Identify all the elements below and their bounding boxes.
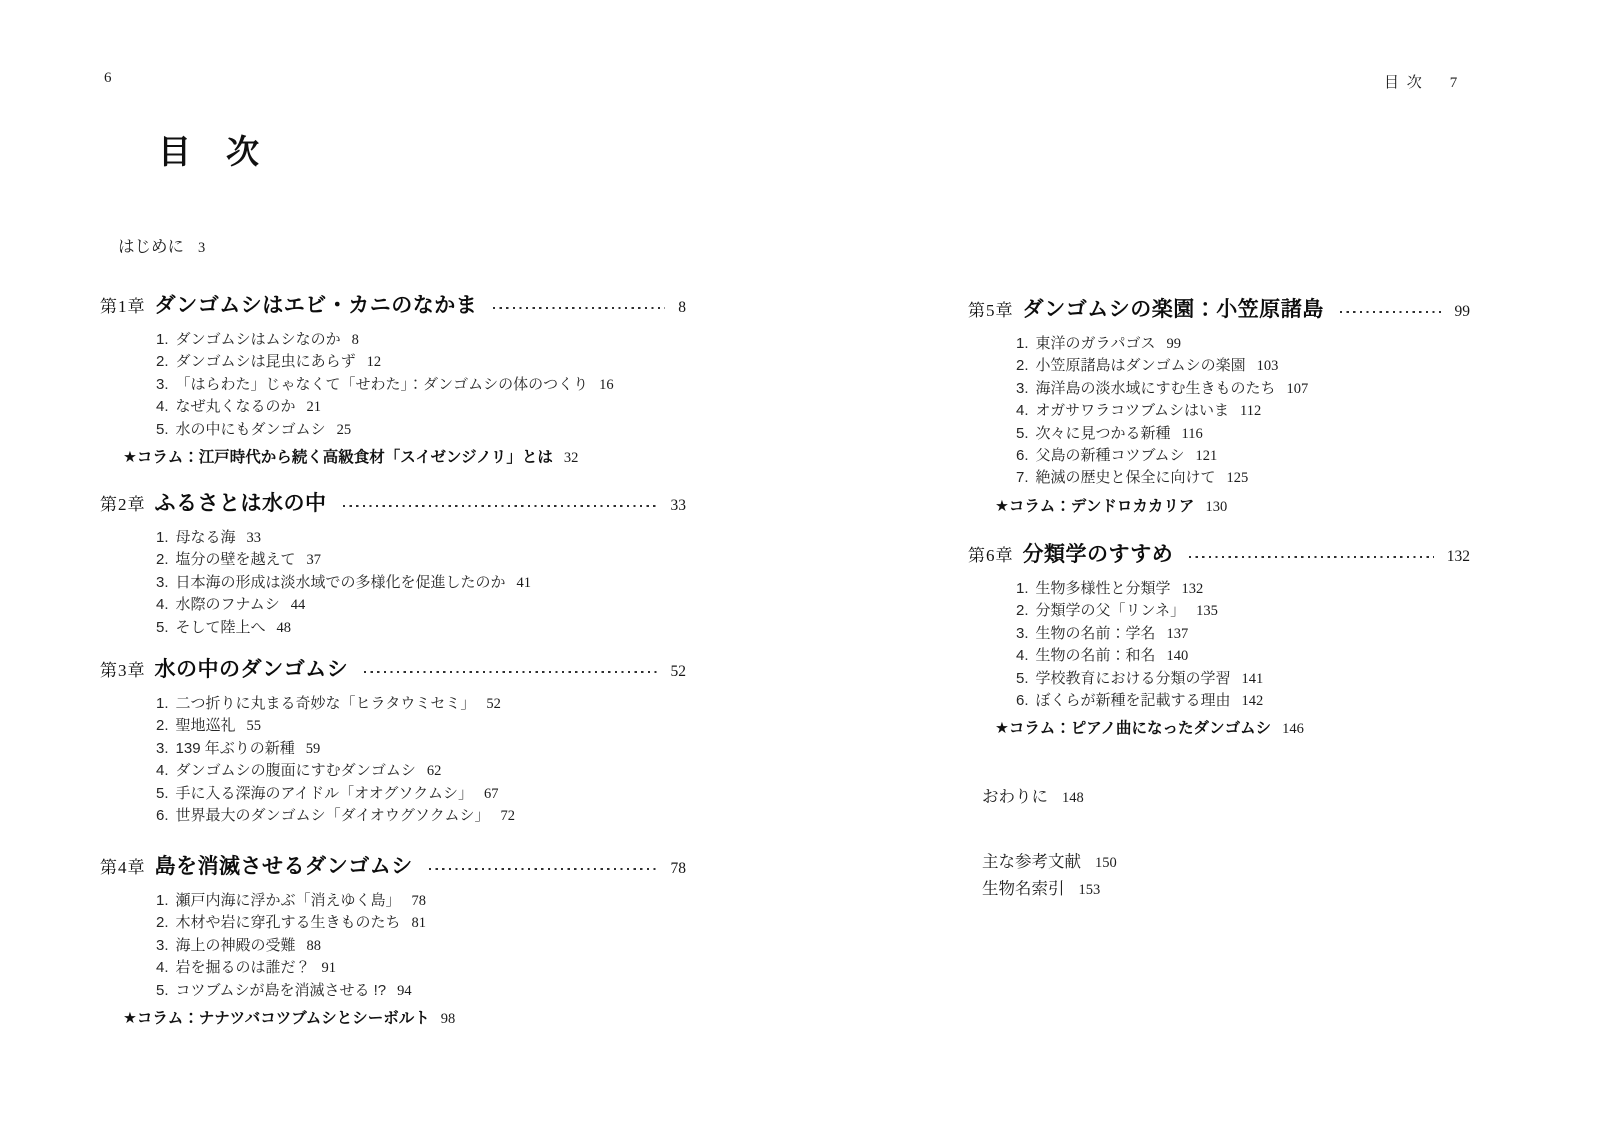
item-number: 1. (156, 331, 169, 348)
item-title: 木材や岩に穿孔する生きものたち (176, 914, 401, 931)
item-title: 母なる海 (176, 529, 236, 546)
item-title: オガサワラコツブムシはいま (1036, 402, 1230, 419)
item-number: 2. (156, 914, 169, 931)
chapter-2: 第2章 ふるさとは水の中 33 1.母なる海33 2.塩分の壁を越えて37 3.… (100, 489, 686, 639)
chapter-item-list: 1.ダンゴムシはムシなのか8 2.ダンゴムシは昆虫にあらず12 3.「はらわた」… (156, 329, 686, 441)
item-page-number: 37 (307, 552, 322, 568)
toc-item: 3.生物の名前：学名137 (1016, 623, 1470, 645)
running-head: 目 次 7 (1384, 71, 1457, 92)
dot-leader (1340, 311, 1442, 313)
item-title: 海上の神殿の受難 (176, 937, 296, 954)
item-title: 海洋島の淡水域にすむ生きものたち (1036, 380, 1276, 397)
item-title: 水際のフナムシ (176, 596, 280, 613)
item-page-number: 8 (352, 332, 359, 348)
item-title: 岩を掘るのは誰だ？ (176, 959, 311, 976)
back-matter-label: おわりに (982, 788, 1048, 806)
item-page-number: 88 (307, 938, 322, 954)
item-number: 6. (1016, 447, 1029, 464)
toc-item: 1.生物多様性と分類学132 (1016, 578, 1470, 600)
dot-leader (343, 505, 658, 507)
chapter-page-number: 33 (671, 491, 687, 521)
item-title: 「はらわた」じゃなくて「せわた」：ダンゴムシの体のつくり (176, 376, 589, 393)
item-number: 3. (156, 574, 169, 591)
toc-item: 5.次々に見つかる新種116 (1016, 423, 1470, 445)
item-page-number: 41 (517, 575, 532, 591)
chapter-title: 分類学のすすめ (1023, 540, 1174, 570)
item-number: 1. (156, 695, 169, 712)
toc-item: 4.なぜ丸くなるのか21 (156, 396, 686, 418)
column-label: ★コラム：ナナツバコツブムシとシーボルト (123, 1010, 430, 1027)
item-title: 学校教育における分類の学習 (1036, 670, 1231, 687)
front-matter-page-number: 3 (198, 240, 205, 256)
column-label: ★コラム：デンドロカカリア (995, 498, 1194, 515)
chapter-label: 第2章 (100, 490, 146, 520)
chapter-label: 第3章 (100, 656, 146, 686)
item-page-number: 67 (484, 786, 499, 802)
chapter-item-list: 1.母なる海33 2.塩分の壁を越えて37 3.日本海の形成は淡水域での多様化を… (156, 527, 686, 639)
item-title: 絶滅の歴史と保全に向けて (1036, 469, 1216, 486)
item-number: 2. (156, 551, 169, 568)
item-title: 小笠原諸島はダンゴムシの楽園 (1036, 357, 1246, 374)
left-page-number: 6 (104, 70, 112, 87)
column-page-number: 32 (564, 450, 579, 466)
item-title: 分類学の父「リンネ」 (1036, 602, 1186, 619)
back-matter-references: 主な参考文献150 (982, 848, 1117, 872)
dot-leader (1189, 556, 1434, 558)
item-title: なぜ丸くなるのか (176, 398, 296, 415)
item-title: 次々に見つかる新種 (1036, 425, 1171, 442)
toc-item: 5.コツブムシが島を消滅させる !?94 (156, 980, 686, 1002)
item-title: 生物の名前：学名 (1036, 625, 1156, 642)
front-matter-label: はじめに (118, 238, 184, 256)
item-number: 2. (1016, 602, 1029, 619)
item-number: 1. (1016, 580, 1029, 597)
item-page-number: 44 (291, 597, 306, 613)
chapter-heading: 第6章 分類学のすすめ 132 (968, 540, 1470, 570)
item-page-number: 16 (599, 377, 614, 393)
toc-item: 5.水の中にもダンゴムシ25 (156, 419, 686, 441)
item-number: 5. (1016, 425, 1029, 442)
item-title: 父島の新種コツブムシ (1036, 447, 1185, 464)
item-title: 水の中にもダンゴムシ (176, 421, 326, 438)
column-label: ★コラム：ピアノ曲になったダンゴムシ (995, 720, 1271, 737)
item-page-number: 135 (1196, 603, 1218, 619)
chapter-page-number: 8 (678, 293, 686, 323)
item-number: 6. (1016, 692, 1029, 709)
item-page-number: 112 (1240, 403, 1261, 419)
chapter-label: 第4章 (100, 853, 146, 883)
item-title: 聖地巡礼 (176, 717, 236, 734)
item-number: 1. (1016, 335, 1029, 352)
chapter-label: 第6章 (968, 541, 1014, 571)
column-note: ★コラム：江戸時代から続く高級食材「スイゼンジノリ」とは32 (123, 446, 686, 470)
back-matter-page-number: 153 (1079, 882, 1101, 898)
item-title: 生物多様性と分類学 (1036, 580, 1171, 597)
back-matter-label: 主な参考文献 (982, 853, 1081, 871)
item-page-number: 132 (1182, 581, 1204, 597)
item-page-number: 33 (247, 530, 262, 546)
chapter-item-list: 1.瀬戸内海に浮かぶ「消えゆく島」78 2.木材や岩に穿孔する生きものたち81 … (156, 890, 686, 1002)
item-title: 手に入る深海のアイドル「オオグソクムシ」 (176, 785, 473, 802)
toc-spread: 6 目 次 はじめに3 第1章 ダンゴムシはエビ・カニのなかま 8 1.ダンゴム… (0, 0, 1600, 1135)
item-page-number: 141 (1242, 671, 1264, 687)
item-page-number: 125 (1227, 470, 1249, 486)
toc-item: 3.「はらわた」じゃなくて「せわた」：ダンゴムシの体のつくり16 (156, 374, 686, 396)
item-page-number: 94 (397, 983, 412, 999)
chapter-label: 第5章 (968, 296, 1014, 326)
item-number: 5. (156, 982, 169, 999)
toc-item: 6.世界最大のダンゴムシ「ダイオウグソクムシ」72 (156, 805, 686, 827)
column-note: ★コラム：ピアノ曲になったダンゴムシ146 (995, 717, 1470, 741)
item-title: ダンゴムシはムシなのか (176, 331, 341, 348)
item-number: 5. (156, 785, 169, 802)
front-matter-entry: はじめに3 (118, 233, 205, 257)
item-page-number: 21 (307, 399, 322, 415)
item-number: 1. (156, 892, 169, 909)
item-title: 塩分の壁を越えて (176, 551, 296, 568)
back-matter-page-number: 148 (1062, 790, 1084, 806)
right-page-number: 7 (1450, 75, 1458, 92)
toc-item: 3.139 年ぶりの新種59 (156, 738, 686, 760)
item-title: 世界最大のダンゴムシ「ダイオウグソクムシ」 (176, 807, 490, 824)
chapter-title: ダンゴムシの楽園：小笠原諸島 (1023, 295, 1324, 325)
item-page-number: 52 (486, 696, 501, 712)
item-number: 2. (1016, 357, 1029, 374)
item-page-number: 55 (247, 718, 262, 734)
item-page-number: 25 (337, 422, 352, 438)
item-page-number: 59 (306, 741, 321, 757)
toc-item: 4.オガサワラコツブムシはいま112 (1016, 400, 1470, 422)
toc-title: 目 次 (158, 126, 260, 173)
chapter-item-list: 1.生物多様性と分類学132 2.分類学の父「リンネ」135 3.生物の名前：学… (1016, 578, 1470, 712)
dot-leader (364, 671, 657, 673)
chapter-4: 第4章 島を消滅させるダンゴムシ 78 1.瀬戸内海に浮かぶ「消えゆく島」78 … (100, 852, 686, 1031)
chapter-page-number: 132 (1447, 542, 1470, 572)
chapter-title: 島を消滅させるダンゴムシ (155, 852, 413, 882)
chapter-heading: 第1章 ダンゴムシはエビ・カニのなかま 8 (100, 291, 686, 321)
back-matter-label: 生物名索引 (982, 880, 1065, 898)
item-number: 4. (156, 959, 169, 976)
item-page-number: 107 (1287, 381, 1309, 397)
item-number: 2. (156, 717, 169, 734)
item-number: 3. (156, 937, 169, 954)
item-page-number: 137 (1167, 626, 1189, 642)
item-page-number: 99 (1167, 336, 1182, 352)
item-title: ぼくらが新種を記載する理由 (1036, 692, 1231, 709)
toc-item: 1.東洋のガラパゴス99 (1016, 333, 1470, 355)
toc-item: 1.二つ折りに丸まる奇妙な「ヒラタウミセミ」52 (156, 693, 686, 715)
chapter-item-list: 1.二つ折りに丸まる奇妙な「ヒラタウミセミ」52 2.聖地巡礼55 3.139 … (156, 693, 686, 827)
chapter-heading: 第4章 島を消滅させるダンゴムシ 78 (100, 852, 686, 882)
item-number: 4. (156, 398, 169, 415)
item-title: コツブムシが島を消滅させる !? (176, 982, 387, 999)
column-page-number: 130 (1205, 499, 1227, 515)
item-title: 139 年ぶりの新種 (176, 740, 295, 757)
item-page-number: 142 (1242, 693, 1264, 709)
toc-item: 5.学校教育における分類の学習141 (1016, 668, 1470, 690)
chapter-item-list: 1.東洋のガラパゴス99 2.小笠原諸島はダンゴムシの楽園103 3.海洋島の淡… (1016, 333, 1470, 490)
chapter-page-number: 99 (1455, 297, 1471, 327)
item-page-number: 62 (427, 763, 442, 779)
chapter-5: 第5章 ダンゴムシの楽園：小笠原諸島 99 1.東洋のガラパゴス99 2.小笠原… (968, 295, 1470, 519)
dot-leader (493, 307, 665, 309)
item-number: 7. (1016, 469, 1029, 486)
toc-item: 2.木材や岩に穿孔する生きものたち81 (156, 912, 686, 934)
item-number: 5. (1016, 670, 1029, 687)
chapter-heading: 第3章 水の中のダンゴムシ 52 (100, 655, 686, 685)
item-title: ダンゴムシは昆虫にあらず (176, 353, 356, 370)
item-number: 3. (1016, 625, 1029, 642)
item-page-number: 12 (367, 354, 382, 370)
item-number: 3. (156, 740, 169, 757)
chapter-page-number: 52 (671, 657, 687, 687)
item-number: 5. (156, 421, 169, 438)
toc-item: 2.聖地巡礼55 (156, 715, 686, 737)
toc-item: 4.ダンゴムシの腹面にすむダンゴムシ62 (156, 760, 686, 782)
chapter-page-number: 78 (671, 854, 687, 884)
item-title: ダンゴムシの腹面にすむダンゴムシ (176, 762, 416, 779)
item-page-number: 81 (412, 915, 427, 931)
back-matter-species-index: 生物名索引153 (982, 875, 1100, 899)
column-label: ★コラム：江戸時代から続く高級食材「スイゼンジノリ」とは (123, 449, 553, 466)
item-page-number: 121 (1195, 448, 1217, 464)
toc-item: 2.分類学の父「リンネ」135 (1016, 600, 1470, 622)
column-note: ★コラム：デンドロカカリア130 (995, 495, 1470, 519)
chapter-heading: 第5章 ダンゴムシの楽園：小笠原諸島 99 (968, 295, 1470, 325)
item-title: そして陸上へ (176, 619, 266, 636)
toc-item: 4.水際のフナムシ44 (156, 594, 686, 616)
chapter-title: 水の中のダンゴムシ (155, 655, 349, 685)
item-page-number: 103 (1257, 358, 1279, 374)
item-page-number: 91 (322, 960, 337, 976)
back-matter-page-number: 150 (1095, 855, 1117, 871)
column-page-number: 98 (441, 1011, 456, 1027)
item-page-number: 48 (277, 620, 292, 636)
toc-item: 6.父島の新種コツブムシ121 (1016, 445, 1470, 467)
toc-item: 2.ダンゴムシは昆虫にあらず12 (156, 351, 686, 373)
toc-item: 7.絶滅の歴史と保全に向けて125 (1016, 467, 1470, 489)
toc-item: 3.海上の神殿の受難88 (156, 935, 686, 957)
toc-item: 2.塩分の壁を越えて37 (156, 549, 686, 571)
toc-item: 3.日本海の形成は淡水域での多様化を促進したのか41 (156, 572, 686, 594)
item-number: 5. (156, 619, 169, 636)
toc-item: 5.手に入る深海のアイドル「オオグソクムシ」67 (156, 783, 686, 805)
dot-leader (429, 868, 658, 870)
item-number: 3. (156, 376, 169, 393)
running-head-title: 目 次 (1384, 71, 1424, 92)
item-title: 東洋のガラパゴス (1036, 335, 1156, 352)
item-title: 日本海の形成は淡水域での多様化を促進したのか (176, 574, 506, 591)
toc-item: 4.岩を掘るのは誰だ？91 (156, 957, 686, 979)
column-page-number: 146 (1282, 721, 1304, 737)
column-note: ★コラム：ナナツバコツブムシとシーボルト98 (123, 1007, 686, 1031)
item-title: 生物の名前：和名 (1036, 647, 1156, 664)
toc-item: 1.母なる海33 (156, 527, 686, 549)
chapter-1: 第1章 ダンゴムシはエビ・カニのなかま 8 1.ダンゴムシはムシなのか8 2.ダ… (100, 291, 686, 470)
item-number: 4. (156, 762, 169, 779)
item-page-number: 116 (1182, 426, 1203, 442)
item-page-number: 72 (500, 808, 515, 824)
chapter-3: 第3章 水の中のダンゴムシ 52 1.二つ折りに丸まる奇妙な「ヒラタウミセミ」5… (100, 655, 686, 827)
toc-item: 1.瀬戸内海に浮かぶ「消えゆく島」78 (156, 890, 686, 912)
item-number: 4. (1016, 647, 1029, 664)
toc-item: 5.そして陸上へ48 (156, 617, 686, 639)
toc-item: 2.小笠原諸島はダンゴムシの楽園103 (1016, 355, 1470, 377)
chapter-title: ダンゴムシはエビ・カニのなかま (155, 291, 478, 321)
item-number: 1. (156, 529, 169, 546)
item-number: 3. (1016, 380, 1029, 397)
toc-item: 6.ぼくらが新種を記載する理由142 (1016, 690, 1470, 712)
chapter-title: ふるさとは水の中 (155, 489, 327, 519)
item-page-number: 78 (412, 893, 427, 909)
chapter-heading: 第2章 ふるさとは水の中 33 (100, 489, 686, 519)
toc-item: 4.生物の名前：和名140 (1016, 645, 1470, 667)
item-page-number: 140 (1167, 648, 1189, 664)
item-number: 4. (156, 596, 169, 613)
item-title: 二つ折りに丸まる奇妙な「ヒラタウミセミ」 (176, 695, 476, 712)
toc-item: 1.ダンゴムシはムシなのか8 (156, 329, 686, 351)
back-matter-owarini: おわりに148 (982, 783, 1084, 807)
chapter-label: 第1章 (100, 292, 146, 322)
item-number: 2. (156, 353, 169, 370)
item-title: 瀬戸内海に浮かぶ「消えゆく島」 (176, 892, 401, 909)
chapter-6: 第6章 分類学のすすめ 132 1.生物多様性と分類学132 2.分類学の父「リ… (968, 540, 1470, 741)
item-number: 6. (156, 807, 169, 824)
item-number: 4. (1016, 402, 1029, 419)
toc-item: 3.海洋島の淡水域にすむ生きものたち107 (1016, 378, 1470, 400)
